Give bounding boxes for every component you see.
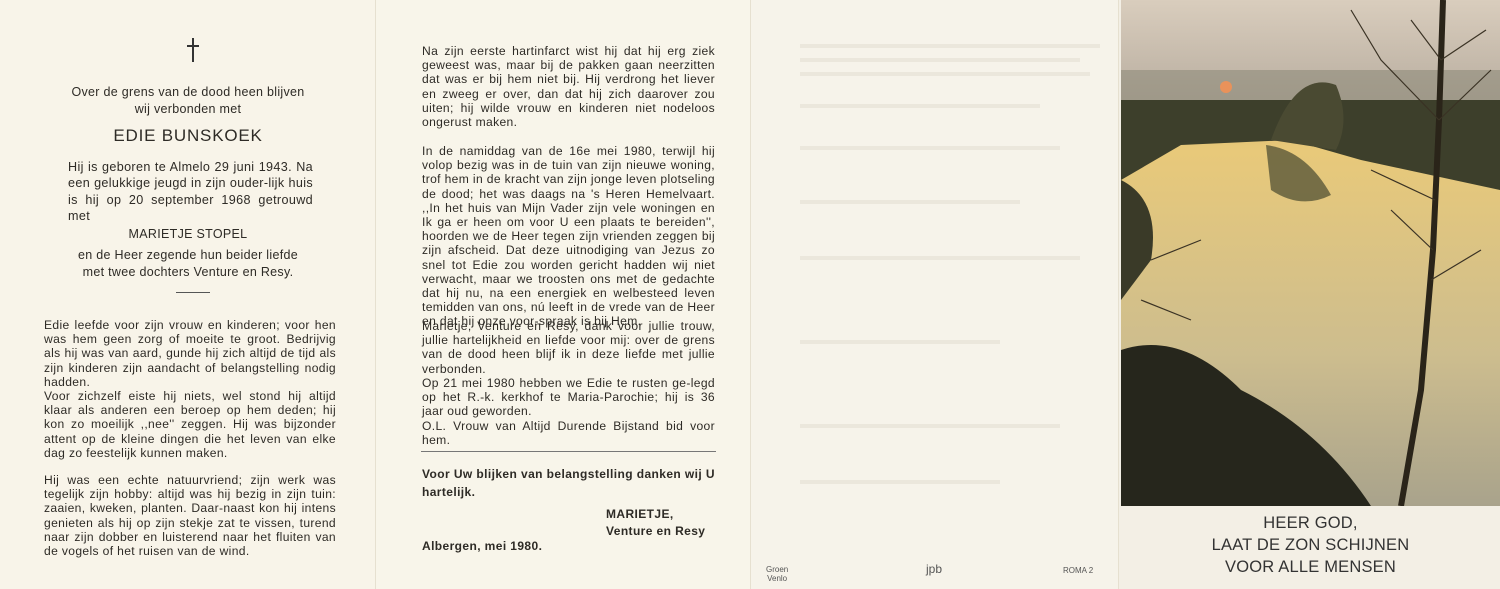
bleed-through <box>800 200 1020 204</box>
place-date: Albergen, mei 1980. <box>422 539 542 553</box>
caption-line: HEER GOD, <box>1121 512 1500 534</box>
bleed-through <box>800 256 1080 260</box>
bleed-through <box>800 424 1060 428</box>
bleed-through <box>800 340 1000 344</box>
cross-icon <box>186 38 200 66</box>
divider <box>421 451 716 452</box>
bleed-through <box>800 58 1080 62</box>
printer-line: Venlo <box>766 574 788 583</box>
cover-photo <box>1121 0 1500 506</box>
printer-line: Groen <box>766 565 788 574</box>
series-label: ROMA 2 <box>1063 566 1093 575</box>
paragraph: Hij was een echte natuurvriend; zijn wer… <box>44 473 336 558</box>
paragraph: Edie leefde voor zijn vrouw en kinderen;… <box>44 318 336 389</box>
signature-line: Venture en Resy <box>606 523 705 540</box>
paragraph: Na zijn eerste hartinfarct wist hij dat … <box>422 44 715 129</box>
blessing-line: en de Heer zegende hun beider liefde <box>40 247 336 264</box>
spouse-name: MARIETJE STOPEL <box>40 226 336 243</box>
deceased-name: EDIE BUNSKOEK <box>40 127 336 144</box>
paragraph: Op 21 mei 1980 hebben we Edie te rusten … <box>422 376 715 419</box>
birth-paragraph: Hij is geboren te Almelo 29 juni 1943. N… <box>68 159 313 225</box>
paragraph: In de namiddag van de 16e mei 1980, terw… <box>422 144 715 329</box>
signature: MARIETJE, Venture en Resy <box>606 506 705 540</box>
intro-text: Over de grens van de dood heen blijven w… <box>40 84 336 118</box>
fold-line <box>1118 0 1119 589</box>
blessing-text: en de Heer zegende hun beider liefde met… <box>40 247 336 281</box>
fold-line <box>375 0 376 589</box>
cover-caption: HEER GOD, LAAT DE ZON SCHIJNEN VOOR ALLE… <box>1121 512 1500 578</box>
bleed-through <box>800 104 1040 108</box>
bleed-through <box>800 44 1100 48</box>
paragraph: Voor zichzelf eiste hij niets, wel stond… <box>44 389 336 460</box>
printer-credit: Groen Venlo <box>766 565 788 583</box>
bleed-through <box>800 480 1000 484</box>
thanks-text: Voor Uw blijken van belangstelling danke… <box>422 465 715 501</box>
signature-line: MARIETJE, <box>606 506 705 523</box>
card-panel-back <box>750 0 1118 589</box>
fold-line <box>750 0 751 589</box>
caption-line: VOOR ALLE MENSEN <box>1121 556 1500 578</box>
separator <box>176 292 210 293</box>
caption-line: LAAT DE ZON SCHIJNEN <box>1121 534 1500 556</box>
intro-line: Over de grens van de dood heen blijven <box>40 84 336 101</box>
bleed-through <box>800 146 1060 150</box>
intro-line: wij verbonden met <box>40 101 336 118</box>
paragraph: Marietje, Venture en Resy, dank voor jul… <box>422 319 715 376</box>
blessing-line: met twee dochters Venture en Resy. <box>40 264 336 281</box>
paragraph: O.L. Vrouw van Altijd Durende Bijstand b… <box>422 419 715 447</box>
bleed-through <box>800 72 1090 76</box>
printer-mark: jpb <box>926 562 942 576</box>
